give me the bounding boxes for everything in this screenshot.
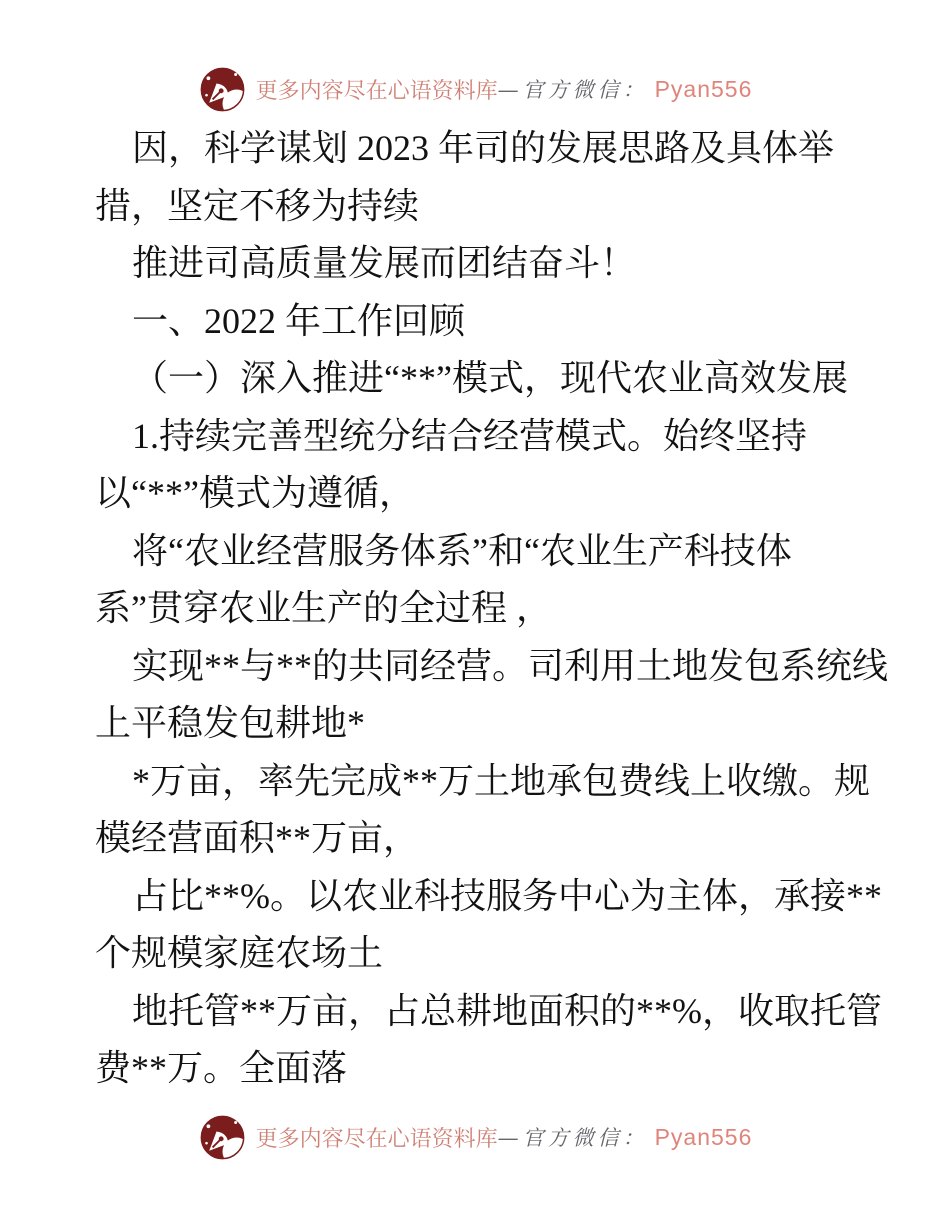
text-line: 地托管**万亩，占总耕地面积的**%，收取托管 — [95, 983, 867, 1041]
text-line: 因，科学谋划 2023 年司的发展思路及具体举 — [95, 120, 867, 178]
text-line: 将“农业经营服务体系”和“农业生产科技体 — [95, 523, 867, 581]
wechat-id: Pyan556 — [655, 1124, 753, 1151]
watermark-header: 更多内容尽在心语资料库 —官方微信： Pyan556 — [0, 64, 950, 114]
text-line: 费**万。全面落 — [95, 1040, 867, 1098]
text-line: *万亩，率先完成**万土地承包费线上收缴。规 — [95, 753, 867, 811]
text-line: 以“**”模式为遵循， — [95, 465, 867, 523]
text-line: 推进司高质量发展而团结奋斗！ — [95, 235, 867, 293]
brand-text: 更多内容尽在心语资料库 — [256, 74, 498, 105]
text-line: 上平稳发包耕地* — [95, 695, 867, 753]
wechat-id: Pyan556 — [655, 76, 753, 103]
document-body: 因，科学谋划 2023 年司的发展思路及具体举 措，坚定不移为持续 推进司高质量… — [95, 120, 867, 1098]
wechat-label: —官方微信： — [498, 74, 648, 104]
text-line: 1.持续完善型统分结合经营模式。始终坚持 — [95, 408, 867, 466]
text-line: 模经营面积**万亩， — [95, 810, 867, 868]
text-line: 系”贯穿农业生产的全过程 ， — [95, 580, 867, 638]
wechat-label: —官方微信： — [498, 1122, 648, 1152]
text-line: 占比**%。以农业科技服务中心为主体，承接** — [95, 868, 867, 926]
text-line: 一、2022 年工作回顾 — [95, 293, 867, 351]
brand-logo-pen-nib-icon — [198, 1114, 247, 1161]
document-page: { "watermark": { "brand": "更多内容尽在心语资料库",… — [0, 0, 950, 1230]
brand-logo-pen-nib-icon — [198, 66, 247, 113]
text-line: （一）深入推进“**”模式，现代农业高效发展 — [95, 350, 867, 408]
text-line: 实现**与**的共同经营。司利用土地发包系统线 — [95, 638, 867, 696]
brand-text: 更多内容尽在心语资料库 — [256, 1122, 498, 1153]
text-line: 个规模家庭农场土 — [95, 925, 867, 983]
text-line: 措，坚定不移为持续 — [95, 178, 867, 236]
watermark-footer: 更多内容尽在心语资料库 —官方微信： Pyan556 — [0, 1112, 950, 1162]
